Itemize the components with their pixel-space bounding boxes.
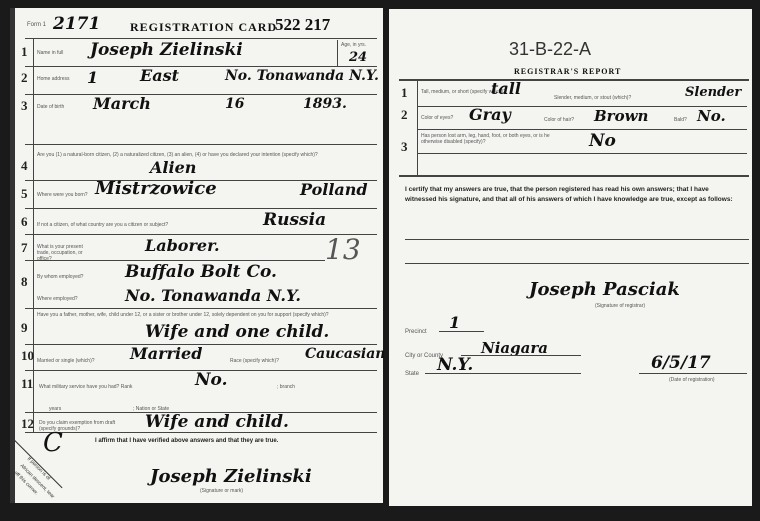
registrars-report-card: 31-B-22-A REGISTRAR'S REPORT 1 Tall, med… [389, 9, 752, 506]
margin-mark: 13 [325, 233, 361, 266]
card-code: 31-B-22-A [509, 39, 591, 60]
affirm-text: I affirm that I have verified above answ… [95, 438, 278, 444]
state-value: N.Y. [437, 355, 473, 375]
card-title: REGISTRATION CARD [130, 20, 277, 35]
report-title: REGISTRAR'S REPORT [514, 67, 621, 76]
certify-text: I certify that my answers are true, that… [405, 185, 735, 205]
serial-number: 2171 [53, 14, 100, 34]
name-value: Joseph Zielinski [90, 40, 243, 60]
registration-card: Form 1 2171 REGISTRATION CARD 522 217 1 … [10, 8, 383, 503]
precinct-value: 1 [449, 313, 460, 332]
corner-letter: C [43, 428, 63, 458]
card-number: 522 217 [275, 15, 330, 35]
registration-date: 6/5/17 [651, 353, 711, 373]
registrant-signature: Joseph Zielinski [150, 466, 312, 487]
form-label: Form 1 [27, 22, 46, 28]
registrar-signature: Joseph Pasciak [529, 279, 680, 300]
age-value: 24 [349, 50, 367, 65]
